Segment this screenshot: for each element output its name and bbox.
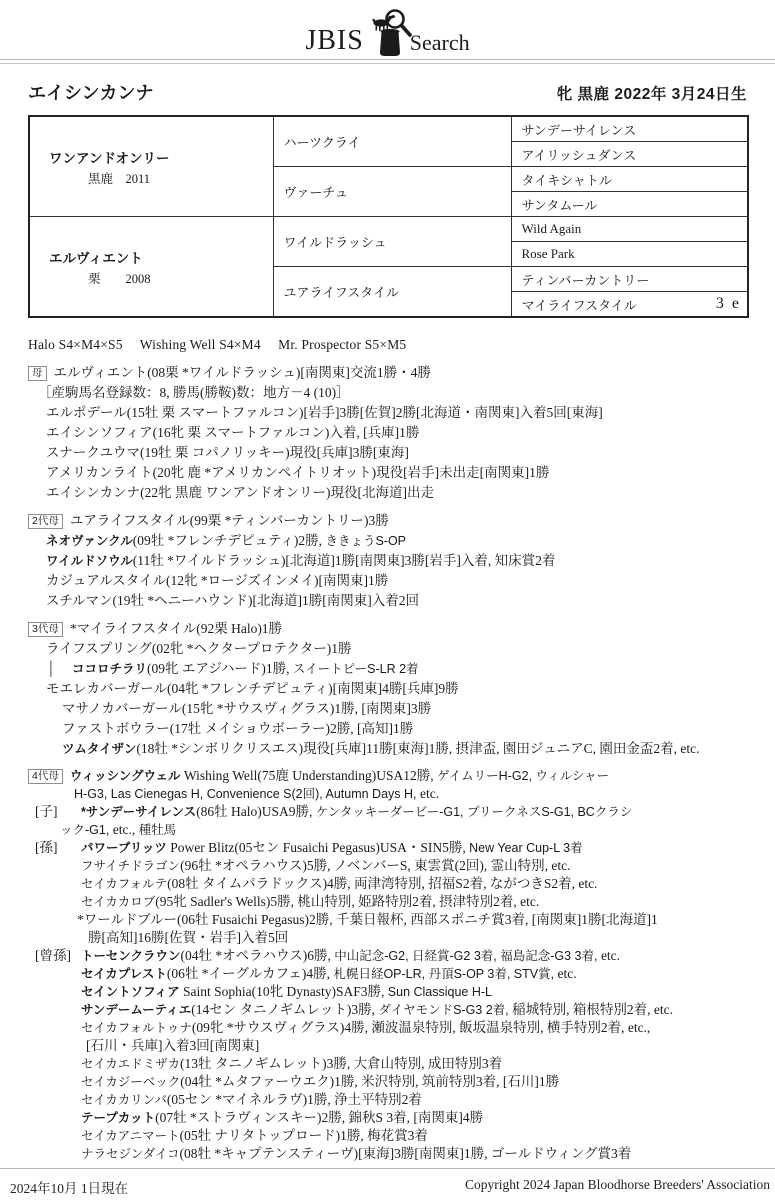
note-text: スチルマン(19牡 *ヘニーハウンド)[北海道]1勝[南関東]入着2回 xyxy=(46,593,419,608)
note-line: [石川・兵庫]入着3回[南関東] xyxy=(28,1037,775,1055)
note-text: マサノカバーガール(15牝 *サウスヴィグラス)1勝, [南関東]3勝 xyxy=(62,701,431,716)
note-text: エルヴィエント(08栗 *ワイルドラッシュ)[南関東]交流1勝・4勝 xyxy=(54,365,431,380)
logo-text-jbis: JBIS xyxy=(305,26,363,56)
note-text: etc. xyxy=(601,948,620,963)
note-text: (96牡 *オペラハウス)5勝, ノベンバーS, 東雲賞(2回), 霊山特別, … xyxy=(180,858,570,873)
note-text: (09牝 エアジハード)1勝, xyxy=(147,661,293,676)
note-text: (13牡 タニノギムレット)3勝, 大倉山特別, 成田特別3着 xyxy=(180,1056,502,1071)
sire-cell: ワンアンドオンリー 黒鹿 2011 xyxy=(29,116,273,217)
dam-sire-cell: ワイルドラッシュ xyxy=(273,217,511,267)
note-text: 稲城特別, 箱根特別2着, etc. xyxy=(512,1002,673,1017)
note-line: ワイルドソウル(11牡 *ワイルドラッシュ)[北海道]1勝[南関東]3勝[岩手]… xyxy=(28,551,775,571)
sex-color-birthdate: 牝 黒鹿 2022年 3月24日生 xyxy=(557,82,747,104)
horse-name: セイカアニマート xyxy=(81,1129,180,1143)
horse-name: セイカプレスト xyxy=(81,967,167,981)
note-text: ユアライフスタイル(99栗 *ティンバーカントリー)3勝 xyxy=(70,513,389,528)
note-line: エイシンカンナ(22牝 黒鹿 ワンアンドオンリー)現役[北海道]出走 xyxy=(28,483,775,503)
horse-name: ケンタッキーダービー-G1, プリークネスS-G1, BCクラシ xyxy=(316,805,633,819)
gen3-cell: サンタムール xyxy=(511,192,748,217)
note-text: (04牡 *オペラハウス)6勝, xyxy=(181,948,335,963)
note-line: 母エルヴィエント(08栗 *ワイルドラッシュ)[南関東]交流1勝・4勝 xyxy=(28,363,775,383)
footer: 2024年10月 1日現在 Copyright 2024 Japan Blood… xyxy=(10,1177,770,1197)
relation-label: [曾孫] xyxy=(35,947,81,965)
note-line: テープカット(07牡 *ストラヴィンスキー)2勝, 錦秋S 3着, [南関東]4… xyxy=(28,1109,775,1127)
horse-name: 札幌日経OP-LR, 丹頂S-OP 3着, STV賞, xyxy=(333,967,557,981)
note-text: ファストボウラー(17牡 メイショウボーラー)2勝, [高知]1勝 xyxy=(62,721,413,736)
dam-cell: エルヴィエント 栗 2008 xyxy=(29,217,273,318)
family-number: 3 e xyxy=(716,295,741,313)
note-text: ライフスプリング(02牝 *ヘクタープロテクター)1勝 xyxy=(46,641,351,656)
note-line: セイカアニマート(05牡 ナリタトップロード)1勝, 梅花賞3着 xyxy=(28,1127,775,1145)
note-line: エイシンソフィア(16牝 栗 スマートファルコン)入着, [兵庫]1勝 xyxy=(28,423,775,443)
tree-connector: │ xyxy=(46,659,72,679)
dam-color-year: 栗 2008 xyxy=(40,269,273,287)
gen3-cell: サンデーサイレンス xyxy=(511,116,748,142)
note-text: Wishing Well(75鹿 Understanding)USA12勝, xyxy=(181,768,437,783)
generation-label: 母 xyxy=(28,366,47,381)
note-text: エルポデール(15牡 栗 スマートファルコン)[岩手]3勝[佐賀]2勝[北海道・… xyxy=(46,405,603,420)
note-line: ファストボウラー(17牡 メイショウボーラー)2勝, [高知]1勝 xyxy=(28,719,775,739)
copyright-text: Copyright 2024 Japan Bloodhorse Breeders… xyxy=(465,1177,770,1197)
note-text: スナークユウマ(19牡 栗 コパノリッキー)現役[兵庫]3勝[東海] xyxy=(46,445,409,460)
note-text: (08牡 タイムパラドックス)4勝, 両津湾特別, 招福S2着, ながつきS2着… xyxy=(167,876,597,891)
note-line: ［産駒馬名登録数：8, 勝馬(勝鞍)数：地方－4 (10)］ xyxy=(28,383,775,403)
horse-name: 種牡馬 xyxy=(139,823,177,837)
logo-text-search: Search xyxy=(410,30,470,56)
jbis-horse-magnifier-icon xyxy=(367,8,413,58)
relation-label: [孫] xyxy=(35,839,81,857)
note-text: (18牡 *シンボリクリスエス)現役[兵庫]11勝[東海]1勝, 摂津盃, 園田… xyxy=(136,741,699,756)
generation-label: 3代母 xyxy=(28,622,63,637)
note-line: ライフスプリング(02牝 *ヘクタープロテクター)1勝 xyxy=(28,639,775,659)
horse-name: H-G3, Las Cienegas H, Convenience S(2回),… xyxy=(74,787,420,801)
note-text: (86牡 Halo)USA9勝, xyxy=(196,804,316,819)
note-line: [子]*サンデーサイレンス(86牡 Halo)USA9勝, ケンタッキーダービー… xyxy=(28,803,775,821)
note-text: (05牡 ナリタトップロード)1勝, 梅花賞3着 xyxy=(180,1128,428,1143)
horse-name: セイカエドミザカ xyxy=(81,1057,180,1071)
note-line: サンデームーティエ(14セン タニノギムレット)3勝, ダイヤモンドS-G3 2… xyxy=(28,1001,775,1019)
relation-label: [子] xyxy=(35,803,81,821)
horse-name: ック-G1, xyxy=(60,823,113,837)
note-line: 4代母ウィッシングウェル Wishing Well(75鹿 Understand… xyxy=(28,767,775,785)
note-text: (07牡 *ストラヴィンスキー)2勝, 錦秋S 3着, [南関東]4勝 xyxy=(155,1110,483,1125)
note-line: アメリカンライト(20牝 鹿 *アメリカンペイトリオット)現役[岩手]未出走[南… xyxy=(28,463,775,483)
note-text: 勝[高知]16勝[佐賀・岩手]入着5回 xyxy=(88,930,288,945)
note-text: etc., xyxy=(113,822,139,837)
note-text: *マイライフスタイル(92栗 Halo)1勝 xyxy=(70,621,282,636)
gen3-cell: ティンバーカントリー xyxy=(511,267,748,292)
note-text: (95牝 Sadler's Wells)5勝, 桃山特別, 姫路特別2着, 摂津… xyxy=(155,894,539,909)
note-line: スナークユウマ(19牡 栗 コパノリッキー)現役[兵庫]3勝[東海] xyxy=(28,443,775,463)
gen3-cell: アイリッシュダンス xyxy=(511,142,748,167)
note-text: (08牡 *キャプテンスティーヴ)[東海]3勝[南関東]1勝, ゴールドウィング… xyxy=(179,1146,631,1161)
note-text: アメリカンライト(20牝 鹿 *アメリカンペイトリオット)現役[岩手]未出走[南… xyxy=(46,465,549,480)
note-line: モエレカバーガール(04牝 *フレンチデピュティ)[南関東]4勝[兵庫]9勝 xyxy=(28,679,775,699)
inbreeding-line: Halo S4×M4×S5 Wishing Well S4×M4 Mr. Pro… xyxy=(28,333,775,353)
sire-name: ワンアンドオンリー xyxy=(40,147,273,167)
note-text: ［産駒馬名登録数：8, 勝馬(勝鞍)数：地方－4 (10)］ xyxy=(38,385,350,400)
dam-name: エルヴィエント xyxy=(40,247,273,267)
note-text: etc. xyxy=(420,786,439,801)
note-line: 勝[高知]16勝[佐賀・岩手]入着5回 xyxy=(28,929,775,947)
note-text: (04牡 *ムタファーウエク)1勝, 米沢特別, 筑前特別3着, [石川]1勝 xyxy=(180,1074,559,1089)
gen3-cell: タイキシャトル xyxy=(511,167,748,192)
horse-name: New Year Cup-L 3着 xyxy=(469,841,583,855)
note-line: ツムタイザン(18牡 *シンボリクリスエス)現役[兵庫]11勝[東海]1勝, 摂… xyxy=(28,739,775,759)
gen3-cell: Wild Again xyxy=(511,217,748,242)
note-text: エイシンカンナ(22牝 黒鹿 ワンアンドオンリー)現役[北海道]出走 xyxy=(46,485,434,500)
dam-dam-cell: ユアライフスタイル xyxy=(273,267,511,318)
note-line: ネオヴァンクル(09牡 *フレンチデピュティ)2勝, ききょうS-OP xyxy=(28,531,775,551)
note-line: セイカプレスト(06牡 *イーグルカフェ)4勝, 札幌日経OP-LR, 丹頂S-… xyxy=(28,965,775,983)
horse-name: フサイチドラゴン xyxy=(81,859,180,873)
title-row: エイシンカンナ 牝 黒鹿 2022年 3月24日生 xyxy=(28,79,747,105)
horse-name: スイートピーS-LR 2着 xyxy=(293,662,419,676)
note-line: カジュアルスタイル(12牝 *ロージズインメイ)[南関東]1勝 xyxy=(28,571,775,591)
header-divider xyxy=(0,59,775,64)
sire-color-year: 黒鹿 2011 xyxy=(40,169,273,187)
note-text: (06牡 *イーグルカフェ)4勝, xyxy=(167,966,334,981)
as-of-date: 2024年10月 1日現在 xyxy=(10,1177,128,1197)
note-text: (09牝 *サウスヴィグラス)4勝, 瀬波温泉特別, 飯坂温泉特別, 横手特別2… xyxy=(192,1020,650,1035)
note-line: セイカフォルテ(08牡 タイムパラドックス)4勝, 両津湾特別, 招福S2着, … xyxy=(28,875,775,893)
horse-name: *サンデーサイレンス xyxy=(81,805,196,819)
note-line: │ココロチラリ(09牝 エアジハード)1勝, スイートピーS-LR 2着 xyxy=(28,659,775,679)
horse-name: ツムタイザン xyxy=(62,742,136,756)
sire-sire-cell: ハーツクライ xyxy=(273,116,511,167)
note-text: (05セン *マイネルラヴ)1勝, 浄土平特別2着 xyxy=(167,1092,422,1107)
note-line: [孫]パワーブリッツ Power Blitz(05セン Fusaichi Peg… xyxy=(28,839,775,857)
note-line: ック-G1, etc., 種牡馬 xyxy=(28,821,775,839)
note-text: etc. xyxy=(558,966,577,981)
note-text: [石川・兵庫]入着3回[南関東] xyxy=(86,1038,259,1053)
note-text: エイシンソフィア(16牝 栗 スマートファルコン)入着, [兵庫]1勝 xyxy=(46,425,419,440)
note-text: (14セン タニノギムレット)3勝, xyxy=(191,1002,378,1017)
horse-name: ナラセジンダイコ xyxy=(81,1147,179,1161)
generation-label: 4代母 xyxy=(28,769,63,784)
note-text: *ワールドブルー(06牡 Fusaichi Pegasus)2勝, 千葉日報杯,… xyxy=(77,912,658,927)
note-line: スチルマン(19牡 *ヘニーハウンド)[北海道]1勝[南関東]入着2回 xyxy=(28,591,775,611)
horse-name: ウィッシングウェル xyxy=(70,769,181,783)
horse-name: トーセンクラウン xyxy=(81,949,181,963)
horse-name: ダイヤモンドS-G3 2着, xyxy=(378,1003,512,1017)
note-text: (09牡 *フレンチデピュティ)2勝, xyxy=(133,533,326,548)
horse-name: セイカフォルテ xyxy=(81,877,167,891)
horse-name: テープカット xyxy=(81,1111,155,1125)
page-title-horse-name: エイシンカンナ xyxy=(28,79,154,105)
dam-dam-dam-name: マイライフスタイル xyxy=(522,295,637,314)
sire-dam-cell: ヴァーチュ xyxy=(273,167,511,217)
horse-name: ココロチラリ xyxy=(72,662,147,676)
horse-name: ゲイムリーH-G2, ウィルシャー xyxy=(437,769,609,783)
note-text: カジュアルスタイル(12牝 *ロージズインメイ)[南関東]1勝 xyxy=(46,573,388,588)
gen3-cell: マイライフスタイル 3 e xyxy=(511,292,748,318)
note-line: *ワールドブルー(06牡 Fusaichi Pegasus)2勝, 千葉日報杯,… xyxy=(28,911,775,929)
horse-name: セイカカリンバ xyxy=(81,1093,167,1107)
horse-name: Sun Classique H-L xyxy=(388,985,492,999)
horse-name: ネオヴァンクル xyxy=(46,534,133,548)
note-line: 2代母ユアライフスタイル(99栗 *ティンバーカントリー)3勝 xyxy=(28,511,775,531)
pedigree-notes: 母エルヴィエント(08栗 *ワイルドラッシュ)[南関東]交流1勝・4勝［産駒馬名… xyxy=(28,363,775,1163)
horse-name: セイカジーベック xyxy=(81,1075,180,1089)
note-line: セイカカリンバ(05セン *マイネルラヴ)1勝, 浄土平特別2着 xyxy=(28,1091,775,1109)
note-line: マサノカバーガール(15牝 *サウスヴィグラス)1勝, [南関東]3勝 xyxy=(28,699,775,719)
note-line: セイカカロブ(95牝 Sadler's Wells)5勝, 桃山特別, 姫路特別… xyxy=(28,893,775,911)
note-line: セイントソフィア Saint Sophia(10牝 Dynasty)SAF3勝,… xyxy=(28,983,775,1001)
gen3-cell: Rose Park xyxy=(511,242,748,267)
note-line: 3代母*マイライフスタイル(92栗 Halo)1勝 xyxy=(28,619,775,639)
horse-name: パワーブリッツ xyxy=(81,841,167,855)
note-line: セイカジーベック(04牡 *ムタファーウエク)1勝, 米沢特別, 筑前特別3着,… xyxy=(28,1073,775,1091)
note-line: ナラセジンダイコ(08牡 *キャプテンスティーヴ)[東海]3勝[南関東]1勝, … xyxy=(28,1145,775,1163)
pedigree-table: ワンアンドオンリー 黒鹿 2011 ハーツクライ サンデーサイレンス アイリッシ… xyxy=(28,115,749,318)
note-text: Saint Sophia(10牝 Dynasty)SAF3勝, xyxy=(180,984,388,999)
note-line: エルポデール(15牡 栗 スマートファルコン)[岩手]3勝[佐賀]2勝[北海道・… xyxy=(28,403,775,423)
generation-label: 2代母 xyxy=(28,514,63,529)
note-line: セイカエドミザカ(13牡 タニノギムレット)3勝, 大倉山特別, 成田特別3着 xyxy=(28,1055,775,1073)
note-text: Power Blitz(05セン Fusaichi Pegasus)USA・SI… xyxy=(167,840,469,855)
note-line: [曾孫]トーセンクラウン(04牡 *オペラハウス)6勝, 中山記念-G2, 日経… xyxy=(28,947,775,965)
horse-name: サンデームーティエ xyxy=(81,1003,191,1017)
horse-name: セイカフォルトゥナ xyxy=(81,1021,192,1035)
note-line: セイカフォルトゥナ(09牝 *サウスヴィグラス)4勝, 瀬波温泉特別, 飯坂温泉… xyxy=(28,1019,775,1037)
horse-name: セイカカロブ xyxy=(81,895,155,909)
jbis-logo: JBIS Search xyxy=(0,0,775,56)
horse-name: ききょうS-OP xyxy=(325,534,406,548)
note-text: モエレカバーガール(04牝 *フレンチデピュティ)[南関東]4勝[兵庫]9勝 xyxy=(46,681,459,696)
horse-name: 中山記念-G2, 日経賞-G2 3着, 福島記念-G3 3着, xyxy=(334,949,601,963)
note-line: H-G3, Las Cienegas H, Convenience S(2回),… xyxy=(28,785,775,803)
horse-name: ワイルドソウル xyxy=(46,554,133,568)
horse-name: セイントソフィア xyxy=(81,985,180,999)
note-text: (11牡 *ワイルドラッシュ)[北海道]1勝[南関東]3勝[岩手]入着, 知床賞… xyxy=(133,553,556,568)
footer-divider xyxy=(0,1168,775,1169)
note-line: フサイチドラゴン(96牡 *オペラハウス)5勝, ノベンバーS, 東雲賞(2回)… xyxy=(28,857,775,875)
